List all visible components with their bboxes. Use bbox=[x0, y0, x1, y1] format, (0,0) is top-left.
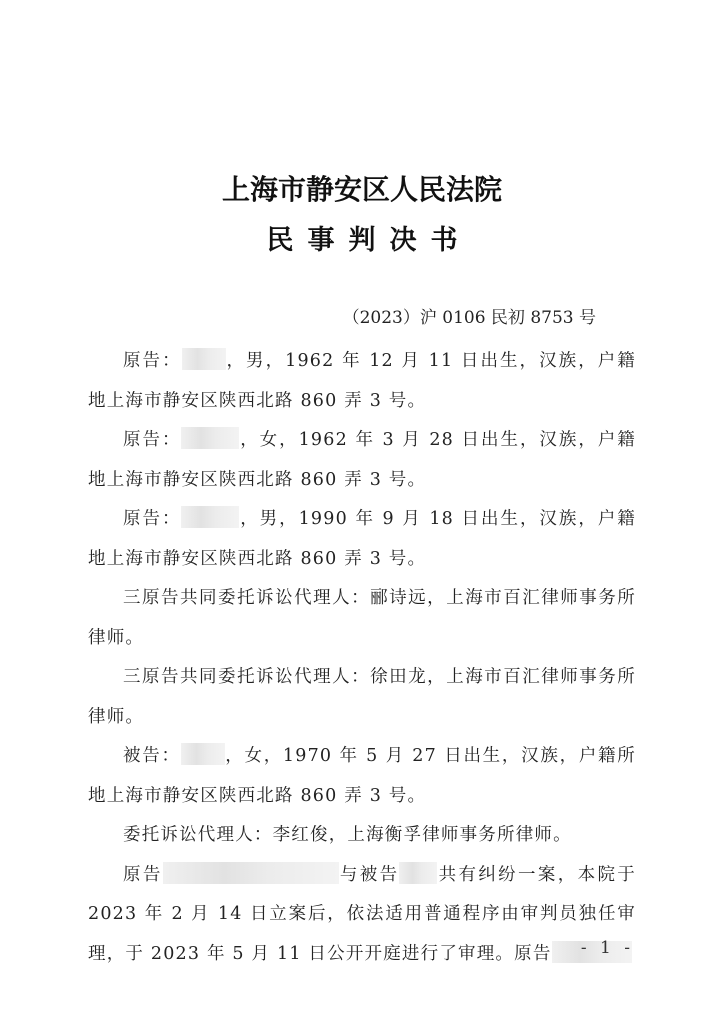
court-name-heading: 上海市静安区人民法院 bbox=[0, 168, 724, 208]
connector-text: 与被告 bbox=[339, 865, 400, 885]
judgment-body: 原告：，男，1962 年 12 月 11 日出生，汉族，户籍地上海市静安区陕西北… bbox=[88, 342, 636, 974]
paragraph-plaintiff-3: 原告：，男，1990 年 9 月 18 日出生，汉族，户籍地上海市静安区陕西北路… bbox=[88, 500, 636, 579]
redacted-name bbox=[181, 427, 239, 449]
redacted-name bbox=[181, 743, 225, 765]
redacted-name bbox=[182, 348, 226, 370]
paragraph-agent-2: 三原告共同委托诉讼代理人：徐田龙，上海市百汇律师事务所律师。 bbox=[88, 658, 636, 737]
party-label: 原告 bbox=[123, 865, 163, 885]
redacted-defendant bbox=[399, 862, 437, 884]
paragraph-defendant-agent: 委托诉讼代理人：李红俊，上海衡孚律师事务所律师。 bbox=[88, 816, 636, 856]
paragraph-case-summary: 原告与被告共有纠纷一案，本院于 2023 年 2 月 14 日立案后，依法适用普… bbox=[88, 856, 636, 975]
paragraph-plaintiff-2: 原告：，女，1962 年 3 月 28 日出生，汉族，户籍地上海市静安区陕西北路… bbox=[88, 421, 636, 500]
document-type-heading: 民事判决书 bbox=[0, 218, 724, 257]
redacted-plaintiffs bbox=[163, 862, 339, 884]
party-label: 原告： bbox=[123, 509, 181, 529]
paragraph-defendant: 被告：，女，1970 年 5 月 27 日出生，汉族，户籍所地上海市静安区陕西北… bbox=[88, 737, 636, 816]
paragraph-text: 三原告共同委托诉讼代理人：郦诗远，上海市百汇律师事务所律师。 bbox=[88, 588, 636, 648]
document-page: 上海市静安区人民法院 民事判决书 （2023）沪 0106 民初 8753 号 … bbox=[0, 0, 724, 1024]
paragraph-plaintiff-1: 原告：，男，1962 年 12 月 11 日出生，汉族，户籍地上海市静安区陕西北… bbox=[88, 342, 636, 421]
paragraph-text: 三原告共同委托诉讼代理人：徐田龙，上海市百汇律师事务所律师。 bbox=[88, 667, 636, 727]
redacted-name bbox=[181, 506, 239, 528]
party-label: 被告： bbox=[123, 746, 181, 766]
party-label: 原告： bbox=[123, 430, 181, 450]
paragraph-text: 委托诉讼代理人：李红俊，上海衡孚律师事务所律师。 bbox=[123, 825, 572, 845]
party-label: 原告： bbox=[123, 351, 182, 371]
paragraph-agent-1: 三原告共同委托诉讼代理人：郦诗远，上海市百汇律师事务所律师。 bbox=[88, 579, 636, 658]
page-number: - 1 - bbox=[581, 938, 634, 958]
case-number: （2023）沪 0106 民初 8753 号 bbox=[343, 303, 596, 328]
